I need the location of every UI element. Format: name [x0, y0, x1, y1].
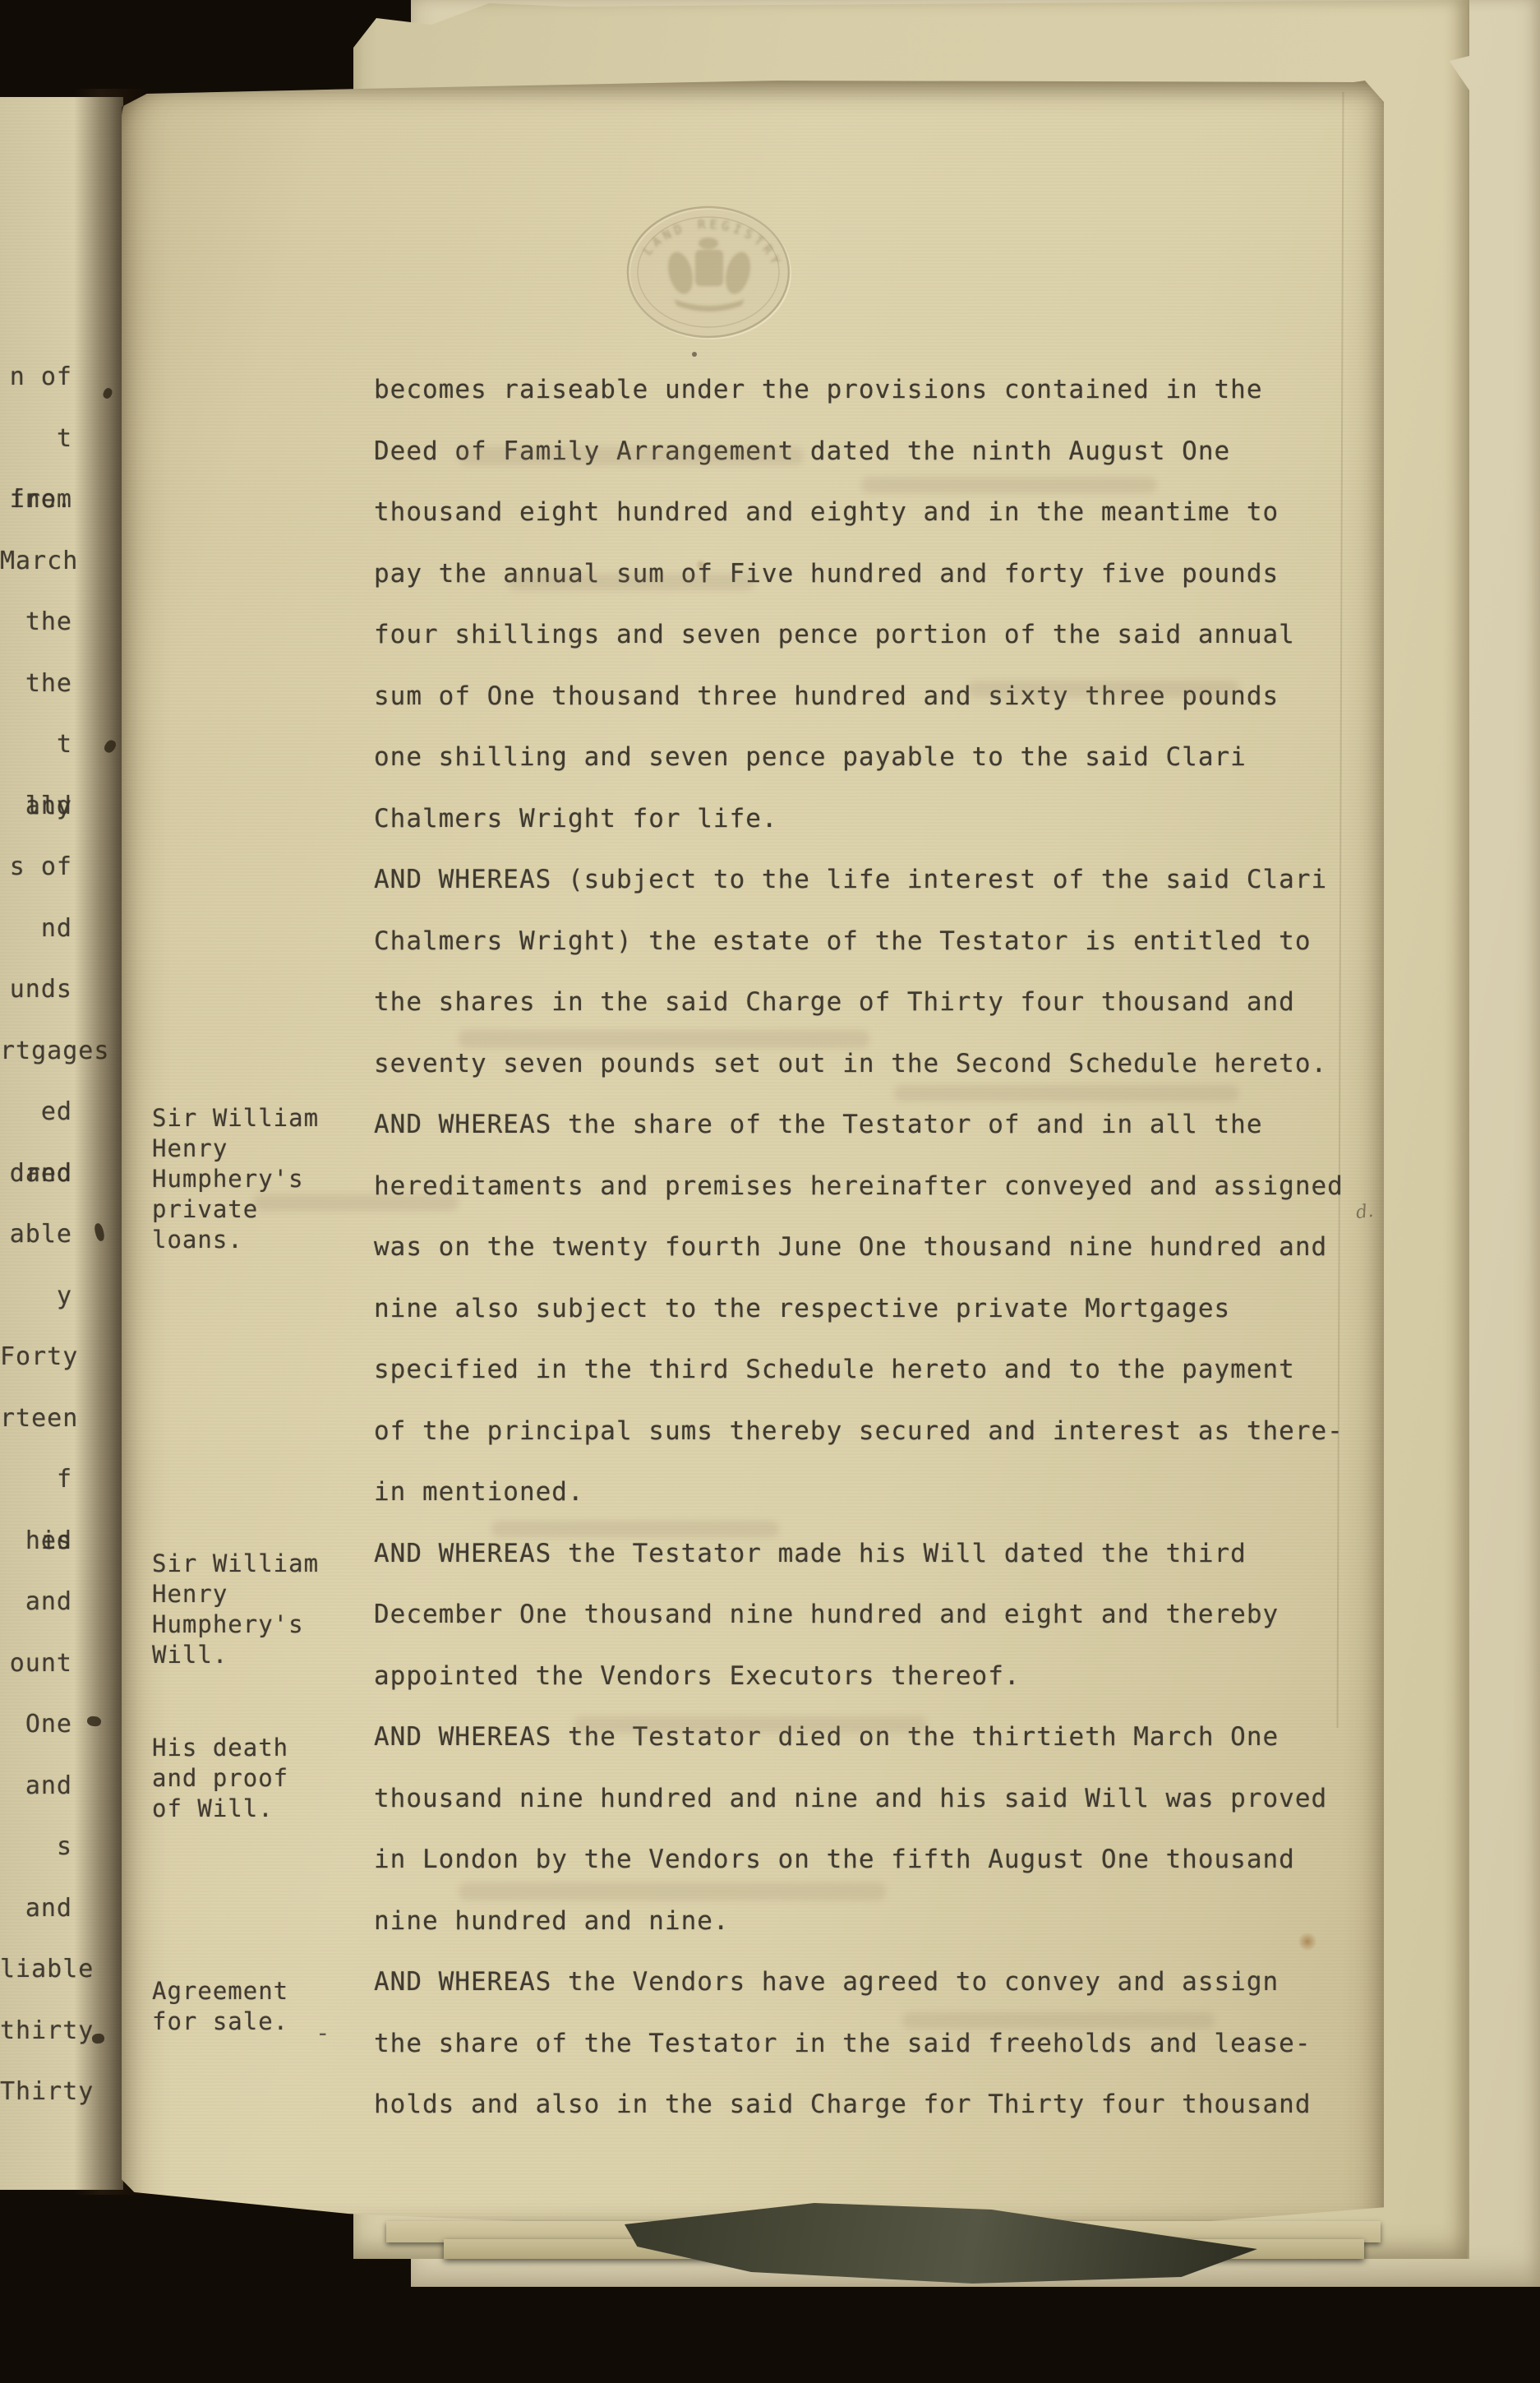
- typed-line: in mentioned.: [374, 1462, 1393, 1523]
- bleed-through-smudge: [459, 1882, 886, 1900]
- stain: [692, 352, 697, 357]
- left-page-fragment: rtgages: [0, 1021, 72, 1083]
- typed-line: nine also subject to the respective priv…: [374, 1278, 1393, 1340]
- paragraph-death-probate: AND WHEREAS the Testator died on the thi…: [374, 1706, 1393, 1951]
- typed-line: thousand nine hundred and nine and his s…: [374, 1768, 1393, 1830]
- typed-line: in London by the Vendors on the fifth Au…: [374, 1829, 1393, 1891]
- previous-page-text-column: n of t from ine. March the the t and lly…: [0, 347, 72, 2123]
- margin-note-death-proof: His death and proof of Will.: [152, 1733, 366, 1824]
- typed-line: specified in the third Schedule hereto a…: [374, 1339, 1393, 1401]
- bleed-through-smudge: [968, 681, 1239, 697]
- bleed-through-smudge: [894, 1085, 1239, 1101]
- typed-line: the shares in the said Charge of Thirty …: [374, 972, 1393, 1033]
- typed-line: of the principal sums thereby secured an…: [374, 1401, 1393, 1462]
- left-page-fragment: unds: [0, 959, 72, 1021]
- left-page-fragment: Thirty: [0, 2062, 72, 2123]
- left-page-fragment: f his: [0, 1449, 72, 1511]
- left-page-fragment: t and: [0, 714, 72, 776]
- typed-line: AND WHEREAS the Vendors have agreed to c…: [374, 1951, 1393, 2013]
- left-page-fragment: One: [0, 1694, 72, 1756]
- typed-line: was on the twenty fourth June One thousa…: [374, 1217, 1393, 1278]
- margin-note-dash: -: [316, 2019, 330, 2047]
- typed-body-text: becomes raiseable under the provisions c…: [374, 359, 1393, 2136]
- typed-line: Chalmers Wright for life.: [374, 788, 1393, 850]
- typed-line: sum of One thousand three hundred and si…: [374, 666, 1393, 727]
- typed-line: AND WHEREAS the share of the Testator of…: [374, 1094, 1393, 1156]
- left-page-fragment: ount: [0, 1633, 72, 1695]
- typed-line: four shillings and seven pence portion o…: [374, 604, 1393, 666]
- left-page-fragment: s and: [0, 1817, 72, 1878]
- left-page-fragment: and: [0, 1756, 72, 1817]
- typed-line: hereditaments and premises hereinafter c…: [374, 1156, 1393, 1217]
- paragraph-private-loans: AND WHEREAS the share of the Testator of…: [374, 1094, 1393, 1523]
- paragraph-life-interest: AND WHEREAS (subject to the life interes…: [374, 849, 1393, 1094]
- paragraph-family-arrangement: becomes raiseable under the provisions c…: [374, 359, 1393, 849]
- left-page-fragment: dred: [0, 1143, 72, 1205]
- left-page-fragment: liable: [0, 1939, 72, 2001]
- bleed-through-smudge: [902, 2012, 1215, 2029]
- bleed-through-smudge: [491, 1521, 779, 1537]
- left-page-fragment: the: [0, 653, 72, 715]
- typed-line: December One thousand nine hundred and e…: [374, 1584, 1393, 1646]
- stain: [695, 559, 707, 570]
- bleed-through-smudge: [459, 1030, 869, 1048]
- left-page-fragment: s of: [0, 837, 72, 898]
- typed-line: becomes raiseable under the provisions c…: [374, 359, 1393, 421]
- land-registry-embossed-seal: LAND REGISTRY: [623, 202, 794, 342]
- margin-note-agreement: Agreement for sale.: [152, 1976, 366, 2037]
- bleed-through-smudge: [574, 1716, 927, 1733]
- typed-line: holds and also in the said Charge for Th…: [374, 2074, 1393, 2136]
- left-page-fragment: the: [0, 592, 72, 653]
- photo-of-document: { "page": { "seal_text": "LAND REGISTRY"…: [0, 0, 1540, 2383]
- typed-line: the share of the Testator in the said fr…: [374, 2013, 1393, 2075]
- left-page-fragment: lly: [0, 776, 72, 838]
- typed-line: Chalmers Wright) the estate of the Testa…: [374, 911, 1393, 972]
- left-page-fragment: Forty: [0, 1327, 72, 1388]
- pencil-mark: d.: [1354, 1201, 1374, 1224]
- typed-line: appointed the Vendors Executors thereof.: [374, 1646, 1393, 1707]
- typed-line: one shilling and seven pence payable to …: [374, 727, 1393, 788]
- stain: [1298, 1932, 1316, 1951]
- left-page-fragment: able: [0, 1204, 72, 1266]
- left-page-fragment: thirty: [0, 2001, 72, 2062]
- paragraph-testator-will: AND WHEREAS the Testator made his Will d…: [374, 1523, 1393, 1707]
- left-page-fragment: t from: [0, 409, 72, 470]
- document-page: LAND REGISTRY Sir William Henry Humphery…: [122, 81, 1384, 2231]
- bleed-through-smudge: [253, 1194, 459, 1211]
- typed-line: AND WHEREAS (subject to the life interes…: [374, 849, 1393, 911]
- left-page-fragment: n of: [0, 347, 72, 409]
- left-page-fragment: nd: [0, 898, 72, 960]
- margin-note-private-loans: Sir William Henry Humphery's private loa…: [152, 1103, 366, 1255]
- bleed-through-smudge: [459, 447, 804, 465]
- margin-note-will: Sir William Henry Humphery's Will.: [152, 1549, 366, 1670]
- left-page-fragment: ed and: [0, 1082, 72, 1143]
- bleed-through-smudge: [508, 574, 754, 590]
- left-page-fragment: y: [0, 1266, 72, 1328]
- left-page-fragment: rteen: [0, 1388, 72, 1450]
- paragraph-agreement-for-sale: AND WHEREAS the Vendors have agreed to c…: [374, 1951, 1393, 2136]
- left-page-fragment: March: [0, 531, 72, 593]
- bleed-through-smudge: [861, 477, 1157, 493]
- left-page-fragment: ine.: [0, 469, 72, 531]
